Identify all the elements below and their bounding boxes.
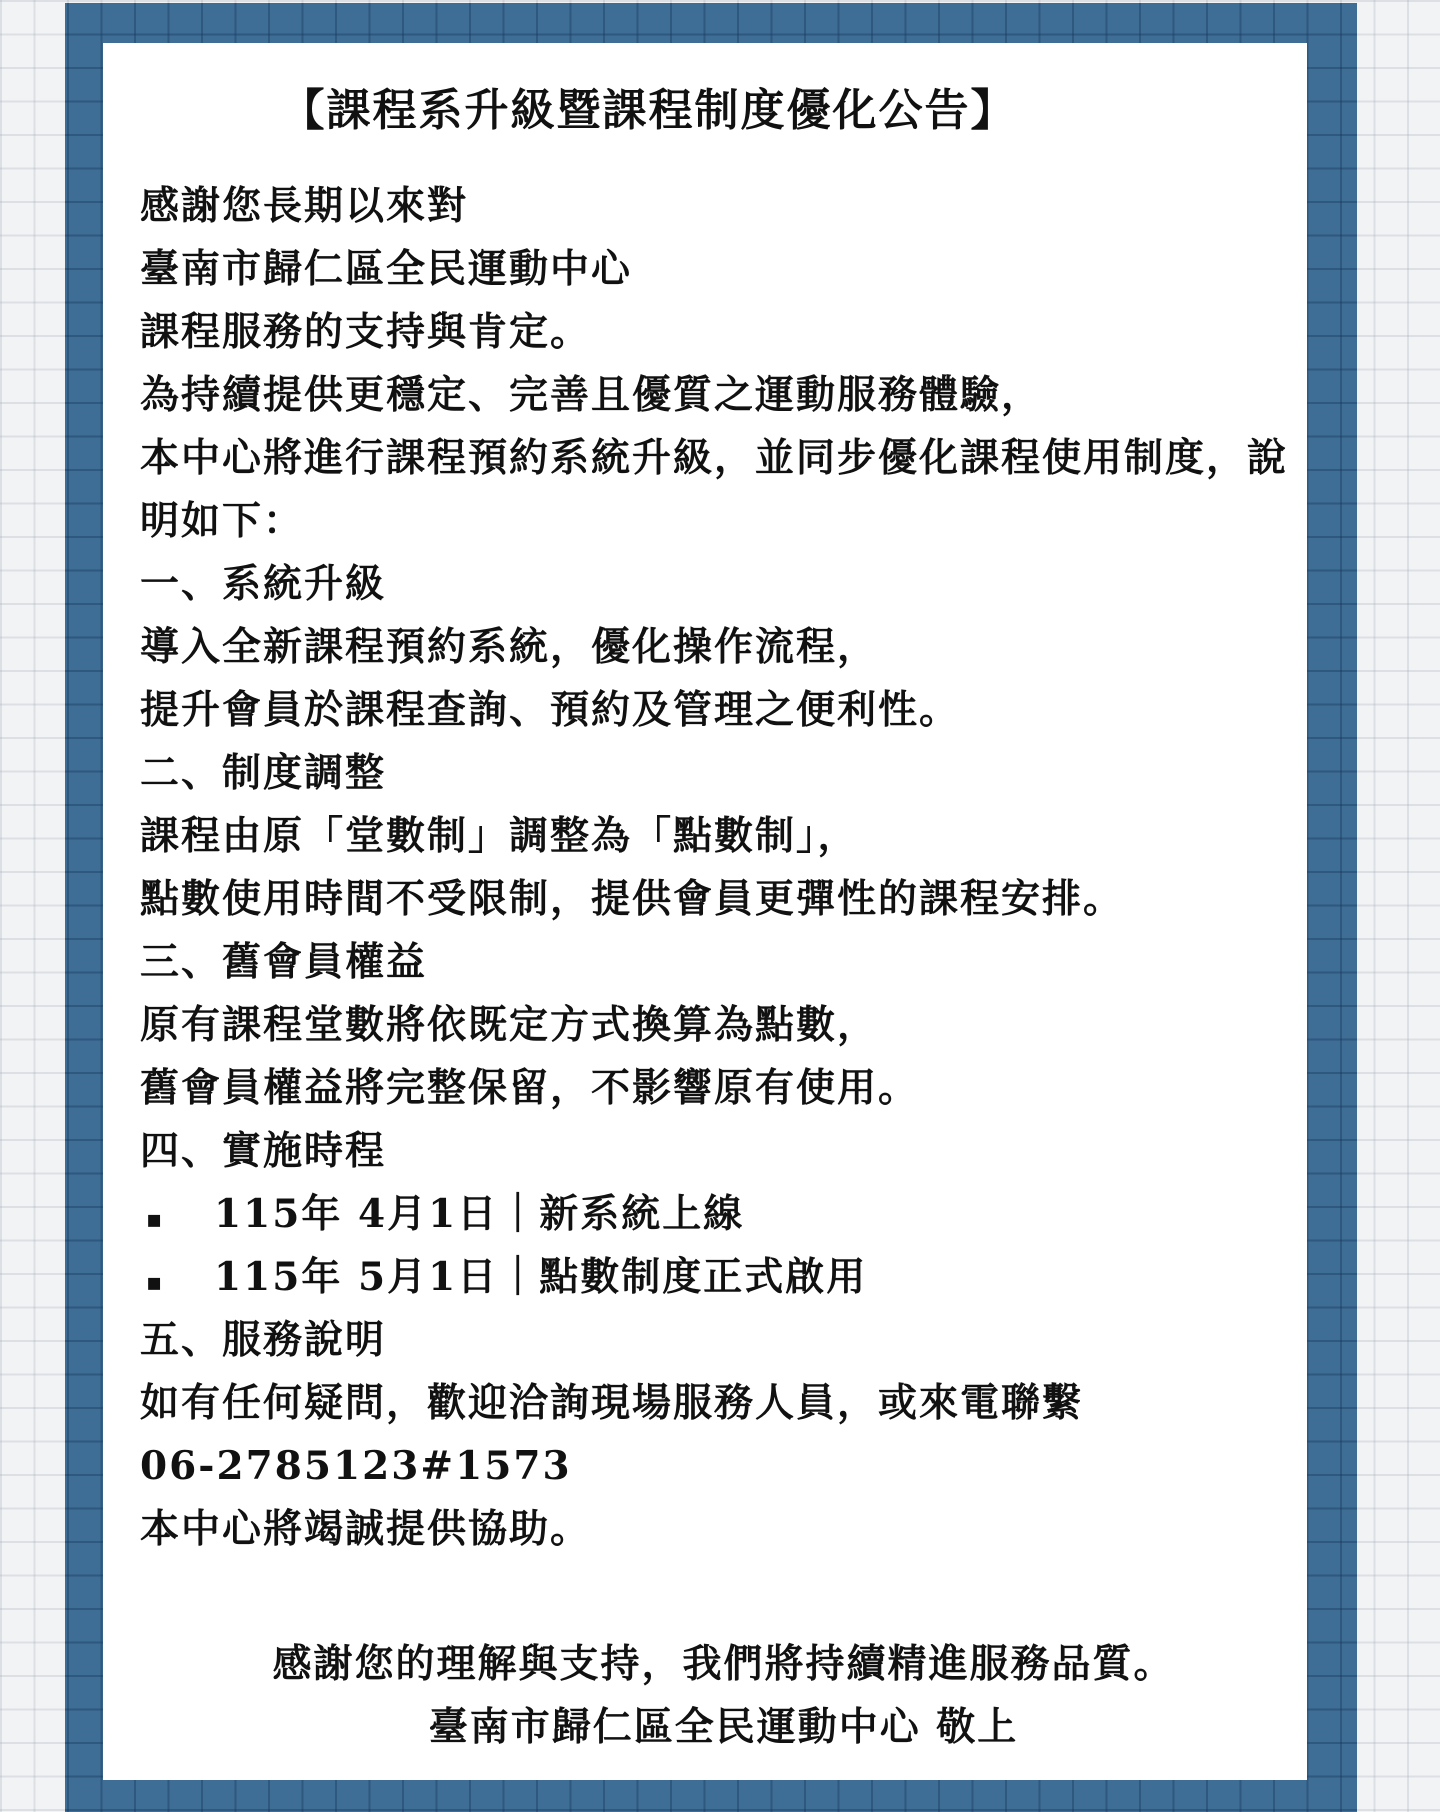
body-line: 本中心將進行課程預約系統升級，並同步優化課程使用制度，說 (140, 427, 1307, 490)
body-line: 如有任何疑問，歡迎洽詢現場服務人員，或來電聯繫 (140, 1372, 1307, 1435)
section-heading-2: 二、制度調整 (140, 742, 1307, 805)
signature-line: 臺南市歸仁區全民運動中心 敬上 (140, 1696, 1307, 1759)
announcement-body: 感謝您長期以來對 臺南市歸仁區全民運動中心 課程服務的支持與肯定。 為持續提供更… (140, 175, 1307, 1561)
phone-number: 06-2785123#1573 (140, 1435, 1307, 1498)
body-line: 舊會員權益將完整保留，不影響原有使用。 (140, 1057, 1307, 1120)
schedule-item: ▪115年 4月1日｜新系統上線 (140, 1183, 1307, 1246)
section-heading-3: 三、舊會員權益 (140, 931, 1307, 994)
body-line: 課程服務的支持與肯定。 (140, 301, 1307, 364)
body-line: 課程由原「堂數制」調整為「點數制」， (140, 805, 1307, 868)
bullet-square-icon: ▪ (140, 1188, 214, 1251)
section-heading-1: 一、系統升級 (140, 553, 1307, 616)
body-line: 提升會員於課程查詢、預約及管理之便利性。 (140, 679, 1307, 742)
body-line: 導入全新課程預約系統，優化操作流程， (140, 616, 1307, 679)
page-title: 【課程系升級暨課程制度優化公告】 (140, 83, 1157, 139)
body-line: 臺南市歸仁區全民運動中心 (140, 238, 1307, 301)
closing-message: 感謝您的理解與支持，我們將持續精進服務品質。 臺南市歸仁區全民運動中心 敬上 (140, 1633, 1307, 1759)
closing-gap (140, 1561, 1307, 1633)
body-line: 為持續提供更穩定、完善且優質之運動服務體驗， (140, 364, 1307, 427)
body-line: 原有課程堂數將依既定方式換算為點數， (140, 994, 1307, 1057)
bullet-square-icon: ▪ (140, 1251, 214, 1314)
announcement-frame: 【課程系升級暨課程制度優化公告】 感謝您長期以來對 臺南市歸仁區全民運動中心 課… (65, 3, 1357, 1812)
section-heading-4: 四、實施時程 (140, 1120, 1307, 1183)
body-line: 明如下： (140, 490, 1307, 553)
section-heading-5: 五、服務說明 (140, 1309, 1307, 1372)
announcement-paper: 【課程系升級暨課程制度優化公告】 感謝您長期以來對 臺南市歸仁區全民運動中心 課… (103, 43, 1307, 1780)
closing-thanks-line: 感謝您的理解與支持，我們將持續精進服務品質。 (140, 1633, 1307, 1696)
schedule-item-text: 115年 5月1日｜點數制度正式啟用 (214, 1254, 867, 1300)
body-line: 本中心將竭誠提供協助。 (140, 1498, 1307, 1561)
body-line: 感謝您長期以來對 (140, 175, 1307, 238)
schedule-item: ▪115年 5月1日｜點數制度正式啟用 (140, 1246, 1307, 1309)
page-background: 【課程系升級暨課程制度優化公告】 感謝您長期以來對 臺南市歸仁區全民運動中心 課… (0, 0, 1440, 1812)
body-line: 點數使用時間不受限制，提供會員更彈性的課程安排。 (140, 868, 1307, 931)
schedule-item-text: 115年 4月1日｜新系統上線 (214, 1191, 744, 1237)
